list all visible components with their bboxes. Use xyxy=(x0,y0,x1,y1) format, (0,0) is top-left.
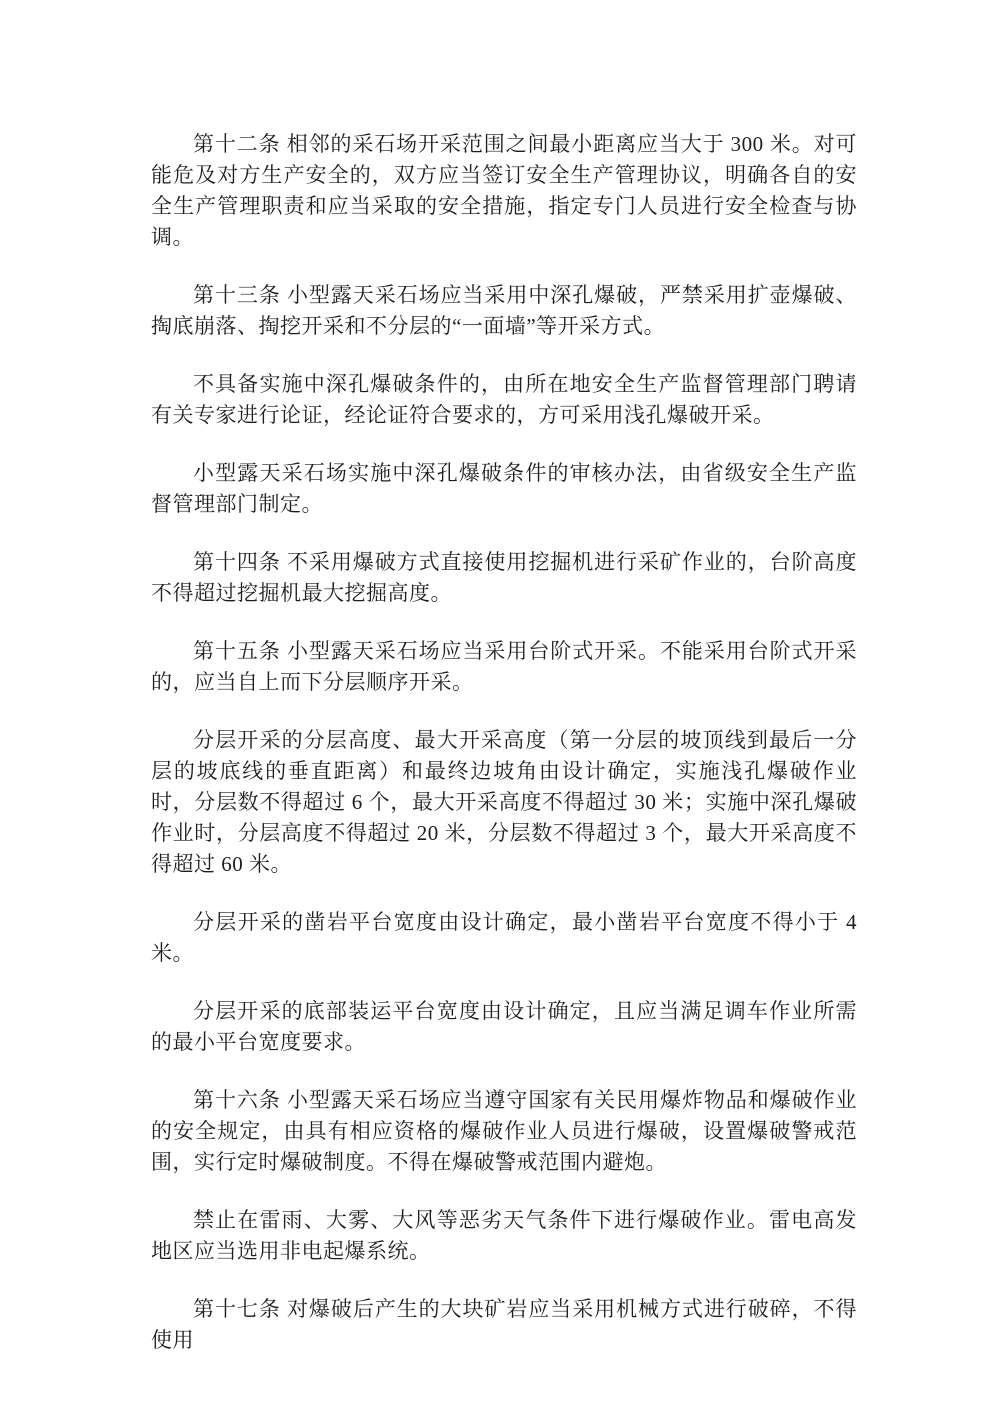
paragraph-article-13-note-2: 小型露天采石场实施中深孔爆破条件的审核办法，由省级安全生产监督管理部门制定。 xyxy=(151,458,857,520)
document-page: 第十二条 相邻的采石场开采范围之间最小距离应当大于 300 米。对可能危及对方生… xyxy=(0,0,1000,1414)
paragraph-article-16-note-1: 禁止在雷雨、大雾、大风等恶劣天气条件下进行爆破作业。雷电高发地区应当选用非电起爆… xyxy=(151,1205,857,1267)
paragraph-article-17: 第十七条 对爆破后产生的大块矿岩应当采用机械方式进行破碎，不得使用 xyxy=(151,1294,857,1356)
paragraph-article-15-note-3: 分层开采的底部装运平台宽度由设计确定，且应当满足调车作业所需的最小平台宽度要求。 xyxy=(151,996,857,1058)
document-text-body: 第十二条 相邻的采石场开采范围之间最小距离应当大于 300 米。对可能危及对方生… xyxy=(151,129,857,1356)
paragraph-article-13: 第十三条 小型露天采石场应当采用中深孔爆破，严禁采用扩壶爆破、掏底崩落、掏挖开采… xyxy=(151,280,857,342)
paragraph-article-13-note-1: 不具备实施中深孔爆破条件的，由所在地安全生产监督管理部门聘请有关专家进行论证，经… xyxy=(151,369,857,431)
paragraph-article-15: 第十五条 小型露天采石场应当采用台阶式开采。不能采用台阶式开采的，应当自上而下分… xyxy=(151,636,857,698)
paragraph-article-15-note-1: 分层开采的分层高度、最大开采高度（第一分层的坡顶线到最后一分层的坡底线的垂直距离… xyxy=(151,725,857,880)
paragraph-article-14: 第十四条 不采用爆破方式直接使用挖掘机进行采矿作业的，台阶高度不得超过挖掘机最大… xyxy=(151,547,857,609)
paragraph-article-12: 第十二条 相邻的采石场开采范围之间最小距离应当大于 300 米。对可能危及对方生… xyxy=(151,129,857,253)
paragraph-article-16: 第十六条 小型露天采石场应当遵守国家有关民用爆炸物品和爆破作业的安全规定，由具有… xyxy=(151,1085,857,1178)
paragraph-article-15-note-2: 分层开采的凿岩平台宽度由设计确定，最小凿岩平台宽度不得小于 4 米。 xyxy=(151,907,857,969)
